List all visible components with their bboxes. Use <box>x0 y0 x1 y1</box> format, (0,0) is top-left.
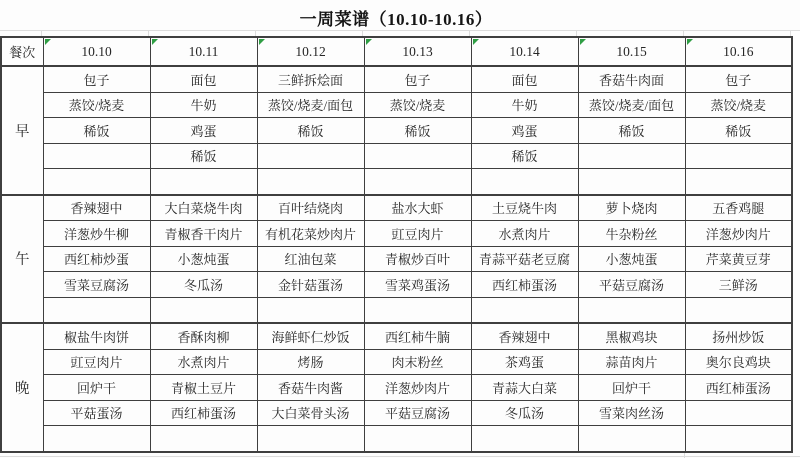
menu-cell[interactable]: 大白菜骨头汤 <box>257 400 364 426</box>
menu-cell[interactable]: 水煮肉片 <box>150 349 257 375</box>
spreadsheet-canvas: 一周菜谱（10.10-10.16） 餐次10.1010.1110.1210.13… <box>0 0 800 458</box>
menu-cell[interactable]: 平菇豆腐汤 <box>364 400 471 426</box>
table-row: 西红柿炒蛋小葱炖蛋红油包菜青椒炒百叶青蒜平菇老豆腐小葱炖蛋芹菜黄豆芽 <box>1 246 792 272</box>
menu-cell[interactable]: 黑椒鸡块 <box>578 323 685 349</box>
menu-cell[interactable]: 雪菜鸡蛋汤 <box>364 272 471 298</box>
menu-cell[interactable]: 稀饭 <box>257 118 364 144</box>
green-triangle-icon <box>473 39 479 45</box>
menu-cell[interactable]: 稀饭 <box>685 118 792 144</box>
table-row: 稀饭稀饭 <box>1 143 792 169</box>
menu-cell[interactable]: 西红柿牛腩 <box>364 323 471 349</box>
menu-cell[interactable]: 有机花菜炒肉片 <box>257 221 364 247</box>
date-header-cell[interactable]: 10.11 <box>150 37 257 66</box>
meal-label-cell[interactable]: 早 <box>1 66 43 195</box>
menu-cell[interactable]: 西红柿蛋汤 <box>471 272 578 298</box>
date-label: 10.13 <box>402 44 432 59</box>
menu-cell[interactable] <box>257 143 364 169</box>
menu-cell[interactable]: 稀饭 <box>150 143 257 169</box>
menu-cell[interactable] <box>150 169 257 195</box>
date-header-cell[interactable]: 10.13 <box>364 37 471 66</box>
menu-cell[interactable] <box>364 169 471 195</box>
menu-cell[interactable]: 牛杂粉丝 <box>578 221 685 247</box>
menu-cell[interactable]: 雪菜豆腐汤 <box>43 272 150 298</box>
menu-cell[interactable]: 包子 <box>364 66 471 92</box>
menu-cell[interactable]: 蒸饺/烧麦/面包 <box>578 92 685 118</box>
menu-cell[interactable]: 西红柿蛋汤 <box>685 375 792 401</box>
menu-cell[interactable]: 奥尔良鸡块 <box>685 349 792 375</box>
menu-cell[interactable]: 芹菜黄豆芽 <box>685 246 792 272</box>
menu-cell[interactable]: 包子 <box>43 66 150 92</box>
date-header-cell[interactable]: 10.15 <box>578 37 685 66</box>
menu-cell[interactable]: 青蒜平菇老豆腐 <box>471 246 578 272</box>
menu-cell[interactable]: 海鲜虾仁炒饭 <box>257 323 364 349</box>
menu-cell[interactable]: 洋葱炒肉片 <box>685 221 792 247</box>
menu-cell[interactable]: 稀饭 <box>578 118 685 144</box>
menu-cell[interactable]: 面包 <box>150 66 257 92</box>
meal-label-cell[interactable]: 晚 <box>1 323 43 452</box>
menu-cell[interactable]: 青椒炒百叶 <box>364 246 471 272</box>
menu-cell[interactable] <box>578 426 685 452</box>
menu-cell[interactable]: 香辣翅中 <box>471 323 578 349</box>
menu-cell[interactable]: 扬州炒饭 <box>685 323 792 349</box>
menu-cell[interactable]: 香菇牛肉酱 <box>257 375 364 401</box>
table-row <box>1 426 792 452</box>
menu-cell[interactable]: 三鲜汤 <box>685 272 792 298</box>
menu-cell[interactable]: 西红柿蛋汤 <box>150 400 257 426</box>
menu-cell[interactable]: 平菇蛋汤 <box>43 400 150 426</box>
menu-cell[interactable] <box>685 169 792 195</box>
table-row <box>1 297 792 323</box>
menu-cell[interactable]: 青椒香干肉片 <box>150 221 257 247</box>
table-row <box>1 169 792 195</box>
green-triangle-icon <box>152 39 158 45</box>
menu-cell[interactable]: 金针菇蛋汤 <box>257 272 364 298</box>
menu-cell[interactable]: 水煮肉片 <box>471 221 578 247</box>
table-row: 早包子面包三鲜拆烩面包子面包香菇牛肉面包子 <box>1 66 792 92</box>
menu-cell[interactable]: 小葱炖蛋 <box>150 246 257 272</box>
menu-cell[interactable] <box>364 143 471 169</box>
menu-cell[interactable] <box>685 400 792 426</box>
date-header-cell[interactable]: 10.12 <box>257 37 364 66</box>
green-triangle-icon <box>45 39 51 45</box>
menu-cell[interactable] <box>257 426 364 452</box>
corner-header-cell[interactable]: 餐次 <box>1 37 43 66</box>
menu-cell[interactable]: 小葱炖蛋 <box>578 246 685 272</box>
menu-cell[interactable]: 面包 <box>471 66 578 92</box>
menu-cell[interactable] <box>43 426 150 452</box>
menu-cell[interactable]: 牛奶 <box>471 92 578 118</box>
green-triangle-icon <box>366 39 372 45</box>
green-triangle-icon <box>259 39 265 45</box>
table-row: 晚椒盐牛肉饼香酥肉柳海鲜虾仁炒饭西红柿牛腩香辣翅中黑椒鸡块扬州炒饭 <box>1 323 792 349</box>
menu-cell[interactable]: 鸡蛋 <box>150 118 257 144</box>
menu-cell[interactable]: 冬瓜汤 <box>150 272 257 298</box>
menu-cell[interactable]: 豇豆肉片 <box>364 221 471 247</box>
menu-cell[interactable]: 红油包菜 <box>257 246 364 272</box>
menu-cell[interactable] <box>364 297 471 323</box>
menu-table: 餐次10.1010.1110.1210.1310.1410.1510.16早包子… <box>0 36 793 453</box>
menu-cell[interactable]: 洋葱炒肉片 <box>364 375 471 401</box>
date-label: 10.12 <box>295 44 325 59</box>
menu-cell[interactable] <box>471 297 578 323</box>
menu-cell[interactable] <box>471 426 578 452</box>
menu-cell[interactable] <box>150 297 257 323</box>
menu-cell[interactable]: 稀饭 <box>471 143 578 169</box>
menu-cell[interactable]: 萝卜烧肉 <box>578 195 685 221</box>
table-row: 回炉干青椒土豆片香菇牛肉酱洋葱炒肉片青蒜大白菜回炉干西红柿蛋汤 <box>1 375 792 401</box>
table-row: 午香辣翅中大白菜烧牛肉百叶结烧肉盐水大虾土豆烧牛肉萝卜烧肉五香鸡腿 <box>1 195 792 221</box>
menu-cell[interactable]: 青蒜大白菜 <box>471 375 578 401</box>
menu-cell[interactable]: 蒸饺/烧麦/面包 <box>257 92 364 118</box>
menu-cell[interactable]: 蒸饺/烧麦 <box>685 92 792 118</box>
menu-cell[interactable] <box>43 169 150 195</box>
date-label: 10.14 <box>509 44 539 59</box>
menu-cell[interactable]: 包子 <box>685 66 792 92</box>
menu-cell[interactable]: 西红柿炒蛋 <box>43 246 150 272</box>
menu-cell[interactable]: 蒸饺/烧麦 <box>43 92 150 118</box>
menu-cell[interactable]: 牛奶 <box>150 92 257 118</box>
date-header-cell[interactable]: 10.16 <box>685 37 792 66</box>
table-row: 蒸饺/烧麦牛奶蒸饺/烧麦/面包蒸饺/烧麦牛奶蒸饺/烧麦/面包蒸饺/烧麦 <box>1 92 792 118</box>
menu-cell[interactable] <box>578 143 685 169</box>
menu-cell[interactable]: 肉末粉丝 <box>364 349 471 375</box>
table-row: 洋葱炒牛柳青椒香干肉片有机花菜炒肉片豇豆肉片水煮肉片牛杂粉丝洋葱炒肉片 <box>1 221 792 247</box>
menu-cell[interactable]: 豇豆肉片 <box>43 349 150 375</box>
meal-label-cell[interactable]: 午 <box>1 195 43 324</box>
gridline <box>0 456 800 457</box>
menu-cell[interactable]: 茶鸡蛋 <box>471 349 578 375</box>
menu-cell[interactable]: 洋葱炒牛柳 <box>43 221 150 247</box>
date-label: 10.16 <box>723 44 753 59</box>
menu-cell[interactable] <box>685 297 792 323</box>
menu-cell[interactable]: 香酥肉柳 <box>150 323 257 349</box>
menu-cell[interactable]: 三鲜拆烩面 <box>257 66 364 92</box>
menu-cell[interactable] <box>257 297 364 323</box>
menu-cell[interactable] <box>364 426 471 452</box>
menu-cell[interactable] <box>43 297 150 323</box>
menu-cell[interactable]: 蒜苗肉片 <box>578 349 685 375</box>
menu-cell[interactable]: 稀饭 <box>364 118 471 144</box>
table-row: 豇豆肉片水煮肉片烤肠肉末粉丝茶鸡蛋蒜苗肉片奥尔良鸡块 <box>1 349 792 375</box>
menu-cell[interactable]: 香辣翅中 <box>43 195 150 221</box>
menu-cell[interactable]: 雪菜肉丝汤 <box>578 400 685 426</box>
menu-cell[interactable] <box>578 297 685 323</box>
menu-cell[interactable] <box>150 426 257 452</box>
menu-cell[interactable] <box>685 143 792 169</box>
gridline <box>0 30 800 31</box>
menu-cell[interactable] <box>578 169 685 195</box>
green-triangle-icon <box>687 39 693 45</box>
date-label: 10.11 <box>189 44 219 59</box>
date-label: 10.15 <box>616 44 646 59</box>
menu-cell[interactable]: 冬瓜汤 <box>471 400 578 426</box>
menu-cell[interactable]: 大白菜烧牛肉 <box>150 195 257 221</box>
table-row: 雪菜豆腐汤冬瓜汤金针菇蛋汤雪菜鸡蛋汤西红柿蛋汤平菇豆腐汤三鲜汤 <box>1 272 792 298</box>
menu-cell[interactable]: 青椒土豆片 <box>150 375 257 401</box>
menu-cell[interactable]: 香菇牛肉面 <box>578 66 685 92</box>
menu-cell[interactable]: 烤肠 <box>257 349 364 375</box>
menu-cell[interactable]: 五香鸡腿 <box>685 195 792 221</box>
menu-cell[interactable] <box>43 143 150 169</box>
menu-cell[interactable]: 椒盐牛肉饼 <box>43 323 150 349</box>
date-header-cell[interactable]: 10.14 <box>471 37 578 66</box>
menu-cell[interactable]: 盐水大虾 <box>364 195 471 221</box>
date-header-cell[interactable]: 10.10 <box>43 37 150 66</box>
menu-cell[interactable]: 回炉干 <box>578 375 685 401</box>
menu-cell[interactable] <box>471 169 578 195</box>
table-row: 平菇蛋汤西红柿蛋汤大白菜骨头汤平菇豆腐汤冬瓜汤雪菜肉丝汤 <box>1 400 792 426</box>
menu-cell[interactable]: 平菇豆腐汤 <box>578 272 685 298</box>
menu-cell[interactable]: 百叶结烧肉 <box>257 195 364 221</box>
table-row: 稀饭鸡蛋稀饭稀饭鸡蛋稀饭稀饭 <box>1 118 792 144</box>
menu-cell[interactable]: 土豆烧牛肉 <box>471 195 578 221</box>
menu-cell[interactable]: 鸡蛋 <box>471 118 578 144</box>
menu-cell[interactable]: 稀饭 <box>43 118 150 144</box>
date-label: 10.10 <box>81 44 111 59</box>
menu-cell[interactable]: 回炉干 <box>43 375 150 401</box>
menu-title: 一周菜谱（10.10-10.16） <box>0 5 792 30</box>
menu-cell[interactable] <box>257 169 364 195</box>
menu-cell[interactable] <box>685 426 792 452</box>
green-triangle-icon <box>580 39 586 45</box>
menu-cell[interactable]: 蒸饺/烧麦 <box>364 92 471 118</box>
